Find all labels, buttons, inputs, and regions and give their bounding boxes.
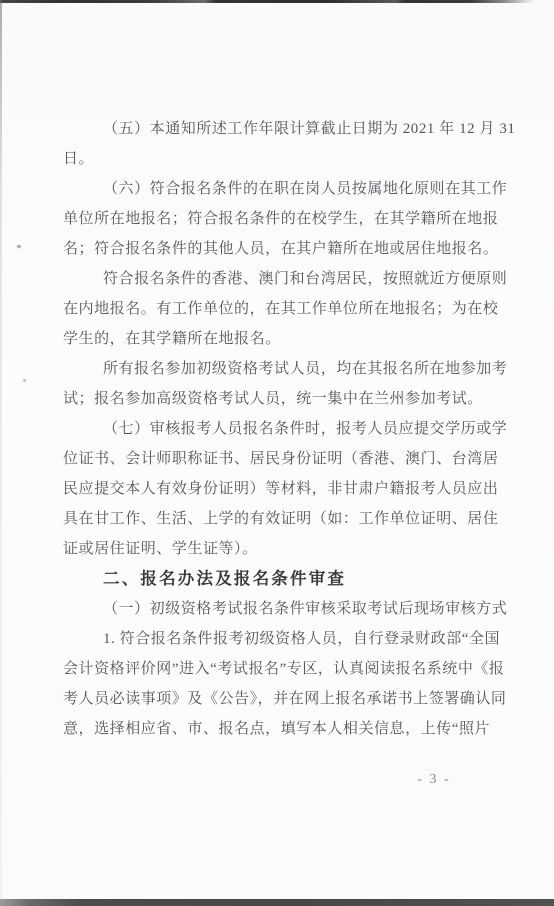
text-line: 1. 符合报名条件报考初级资格人员，自行登录财政部“全国 bbox=[63, 624, 494, 654]
text-line: 在内地报名。有工作单位的，在其工作单位所在地报名；为在校 bbox=[63, 294, 494, 324]
scan-edge-bottom bbox=[0, 899, 554, 906]
scan-edge-top bbox=[0, 0, 534, 3]
scan-speck bbox=[17, 245, 21, 248]
text-line: 会计资格评价网”进入“考试报名”专区，认真阅读报名系统中《报 bbox=[63, 654, 494, 684]
text-line: 所有报名参加初级资格考试人员，均在其报名所在地参加考 bbox=[63, 354, 494, 384]
page-number: - 3 - bbox=[402, 770, 466, 790]
text-line: 具在甘工作、生活、上学的有效证明（如：工作单位证明、居住 bbox=[63, 504, 494, 534]
text-line: 位证书、会计师职称证书、居民身份证明（香港、澳门、台湾居 bbox=[63, 444, 494, 474]
text-line: 名；符合报名条件的其他人员，在其户籍所在地或居住地报名。 bbox=[63, 234, 494, 264]
text-line: 试；报名参加高级资格考试人员，统一集中在兰州参加考试。 bbox=[63, 384, 494, 414]
text-line: 意，选择相应省、市、报名点，填写本人相关信息，上传“照片 bbox=[63, 714, 494, 744]
text-line: （七）审核报考人员报名条件时，报考人员应提交学历或学 bbox=[63, 414, 494, 444]
text-line: （一）初级资格考试报名条件审核采取考试后现场审核方式 bbox=[63, 594, 494, 624]
text-line: 民应提交本人有效身份证明）等材料，非甘肃户籍报考人员应出 bbox=[63, 474, 494, 504]
text-line: 符合报名条件的香港、澳门和台湾居民，按照就近方便原则 bbox=[63, 264, 494, 294]
section-heading: 二、报名办法及报名条件审查 bbox=[63, 564, 494, 594]
text-line: （五）本通知所述工作年限计算截止日期为 2021 年 12 月 31 bbox=[63, 114, 494, 144]
document-page: （五）本通知所述工作年限计算截止日期为 2021 年 12 月 31 日。 （六… bbox=[0, 0, 554, 906]
text-line: 单位所在地报名；符合报名条件的在校学生，在其学籍所在地报 bbox=[63, 204, 494, 234]
text-line: （六）符合报名条件的在职在岗人员按属地化原则在其工作 bbox=[63, 174, 494, 204]
scan-speck bbox=[23, 379, 26, 382]
text-line: 证或居住证明、学生证等）。 bbox=[63, 534, 494, 564]
text-line: 学生的，在其学籍所在地报名。 bbox=[63, 324, 494, 354]
document-body: （五）本通知所述工作年限计算截止日期为 2021 年 12 月 31 日。 （六… bbox=[63, 114, 494, 744]
text-line: 日。 bbox=[63, 144, 494, 174]
scan-edge-left bbox=[0, 0, 2, 906]
text-line: 考人员必读事项》及《公告》，并在网上报名承诺书上签署确认同 bbox=[63, 684, 494, 714]
